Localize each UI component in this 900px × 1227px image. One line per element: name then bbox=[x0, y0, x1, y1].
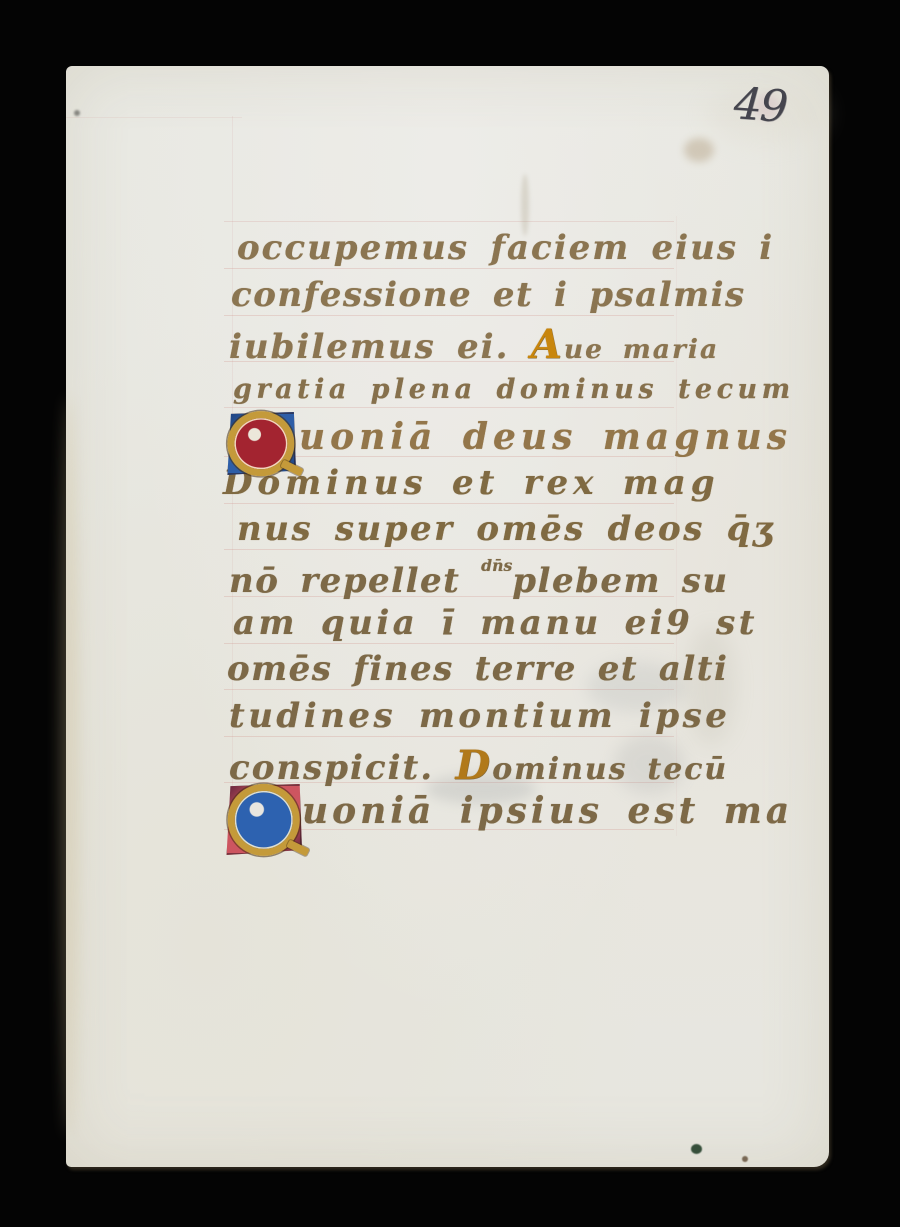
illuminated-initial-Q-1 bbox=[226, 412, 296, 475]
text-line: am quia ī manu ei9 st bbox=[233, 603, 758, 643]
folio-number: 49 bbox=[732, 78, 787, 133]
ruling-line-horizontal bbox=[224, 315, 674, 316]
text-segment: nō repellet bbox=[229, 561, 481, 601]
text-line: nus super omēs deos q̄ʒ bbox=[237, 509, 775, 549]
text-segment: confessione et i psalmis bbox=[231, 275, 746, 315]
text-line: uoniā deus magnus bbox=[299, 416, 792, 458]
text-segment: nus super omēs deos q̄ʒ bbox=[237, 509, 775, 549]
text-segment: conspicit. bbox=[229, 748, 455, 788]
photo-background: { "leaf": { "folio_number": "49" }, "col… bbox=[0, 0, 900, 1227]
text-segment: am quia ī manu ei9 st bbox=[233, 603, 758, 643]
text-segment: uoniā deus magnus bbox=[299, 416, 792, 458]
text-segment: uoniā ipsius est ma bbox=[302, 790, 793, 832]
text-line: conspicit. Dominus tecū bbox=[229, 742, 728, 789]
vellum-stain bbox=[742, 1156, 748, 1162]
text-segment: tudines montium ipse bbox=[229, 696, 730, 736]
text-line: iubilemus ei. Aue maria bbox=[229, 321, 719, 368]
ruling-line-horizontal bbox=[224, 503, 674, 504]
vellum-stain bbox=[521, 174, 529, 236]
ruling-line-horizontal bbox=[224, 736, 674, 737]
text-line: confessione et i psalmis bbox=[231, 275, 746, 315]
text-line: nō repellet dn̄splebem su bbox=[229, 556, 729, 601]
text-segment: ominus tecū bbox=[492, 752, 728, 787]
text-segment: omēs fines terre et alti bbox=[227, 649, 728, 689]
text-segment: gratia plena dominus tecum bbox=[233, 374, 795, 405]
text-line: occupemus faciem eius i bbox=[237, 228, 774, 268]
vellum-stain bbox=[74, 110, 80, 116]
vellum-stain bbox=[60, 396, 78, 1136]
ruling-line-horizontal bbox=[224, 549, 674, 550]
text-segment: occupemus faciem eius i bbox=[237, 228, 774, 268]
manuscript-leaf: occupemus faciem eius iconfessione et i … bbox=[66, 66, 829, 1167]
gold-initial-letter: D bbox=[455, 742, 492, 789]
ruling-line-horizontal bbox=[66, 117, 242, 118]
ruling-line-horizontal bbox=[224, 268, 674, 269]
text-line: tudines montium ipse bbox=[229, 696, 730, 736]
vellum-stain bbox=[684, 138, 714, 162]
text-line: omēs fines terre et alti bbox=[227, 649, 728, 689]
ruling-line-horizontal bbox=[224, 407, 674, 408]
illuminated-initial-Q-2 bbox=[225, 784, 302, 855]
text-segment: ue maria bbox=[564, 334, 719, 365]
text-line: gratia plena dominus tecum bbox=[233, 374, 795, 405]
text-line: uoniā ipsius est ma bbox=[302, 790, 793, 832]
text-segment: plebem su bbox=[512, 561, 728, 601]
gold-initial-letter: A bbox=[531, 321, 564, 368]
ruling-line-horizontal bbox=[224, 221, 674, 222]
ruling-line-horizontal bbox=[224, 643, 674, 644]
text-segment: dn̄s bbox=[481, 556, 512, 575]
vellum-stain bbox=[691, 1144, 702, 1154]
text-segment: iubilemus ei. bbox=[229, 327, 531, 367]
